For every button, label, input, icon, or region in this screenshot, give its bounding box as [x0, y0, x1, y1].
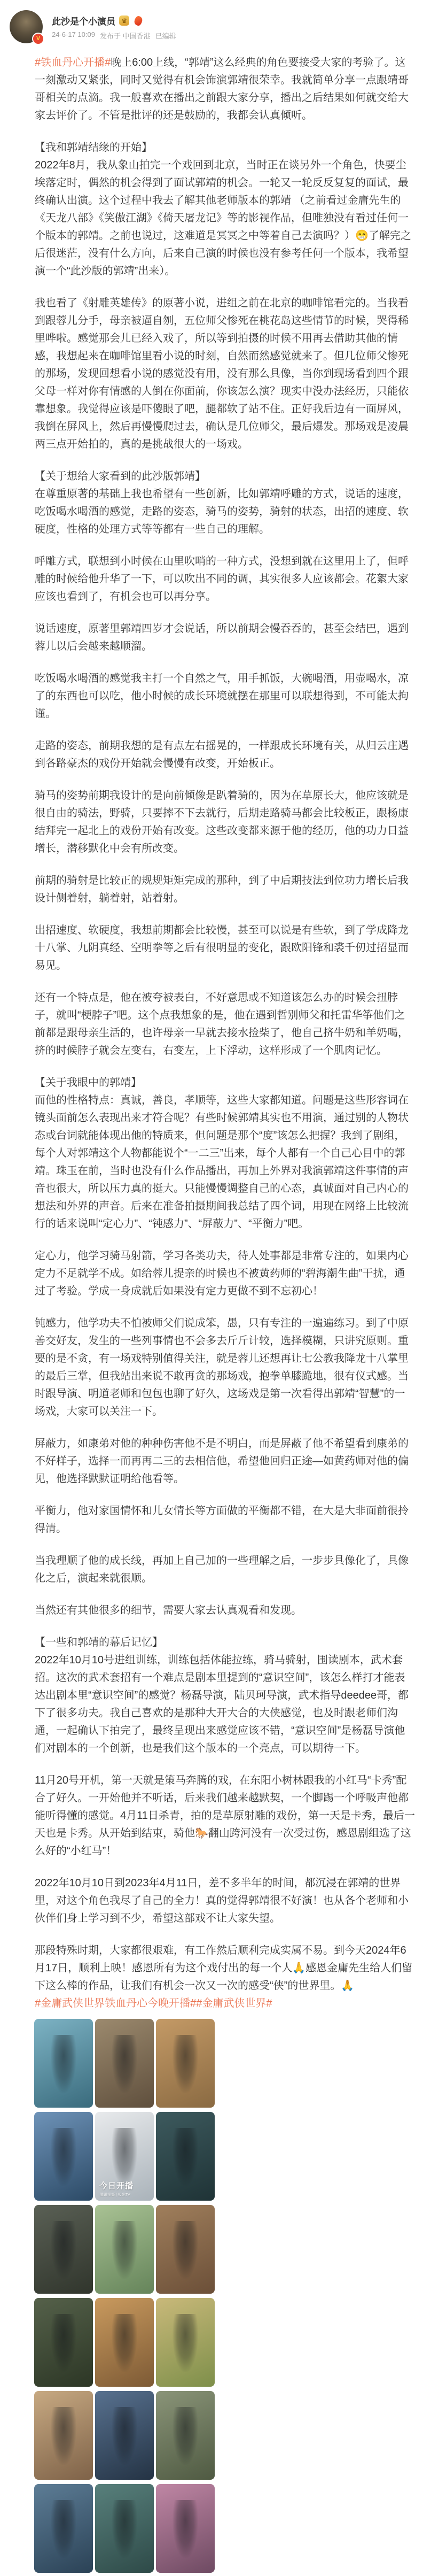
hashtag-link[interactable]: #金庸武侠世界# [196, 1997, 272, 2009]
text-run: 在尊重原著的基础上我也希望有一些创新，比如郭靖呼雕的方式，说话的速度，吃饭喝水喝… [35, 488, 409, 535]
text-run: 而他的性格特点：真诚，善良，孝顺等，这些大家都知道。问题是这些形容词在镜头面前怎… [35, 1094, 409, 1230]
text-run: 屏蔽力，如康弟对他的种种伤害他不是不明白，而是屏蔽了他不希望看到康弟的不好样子，… [35, 1438, 409, 1485]
post-paragraph: 还有一个特点是，他在被夸被表白，不好意思或不知道该怎么办的时候会扭脖子，就叫“梗… [35, 989, 416, 1060]
text-run: 【我和郭靖结缘的开始】 [35, 142, 152, 153]
photo-riding-grass-field[interactable] [156, 2298, 215, 2387]
text-run: 钝感力，他学功夫不怕被师父们说成笨，愚，只有专注的一遍遍练习。到了中原善交好友，… [35, 1317, 409, 1417]
text-run: 吃饭喝水喝酒的感觉我主打一个自然之气，用手抓饭，大碗喝酒，用壶喝水，凉了的东西也… [35, 673, 409, 720]
photo-sitting-by-lattice-wall[interactable] [34, 2205, 93, 2294]
post-paragraph: 2022年10月10日到2023年4月11日，差不多半年的时间，都沉浸在郭靖的世… [35, 1875, 416, 1927]
photo-night-pose-with-staff[interactable] [34, 2484, 93, 2573]
photo-archery-ice-cave[interactable] [34, 2019, 93, 2108]
text-run: 前期的骑射是比较正的规规矩矩完成的那种，到了中后期技法到位功力增长后我设计侧着射… [35, 875, 409, 904]
vip-crown-icon: ♛ [119, 16, 129, 26]
post-paragraph: 出招速度、软硬度，我想前期都会比较慢，甚至可以说是有些软，到了学成降龙十八掌、九… [35, 922, 416, 975]
photo-fight-stance-by-fire[interactable] [95, 2484, 154, 2573]
username[interactable]: 此沙是个小演员 [52, 14, 115, 27]
text-run: 11月20号开机，第一天就是策马奔腾的戏，在东阳小树林跟我的小红马“卡秀”配合了… [35, 1775, 415, 1857]
photo-grid: 今日开播腾讯视频 | 极光TV [34, 2019, 216, 2573]
post-text: #铁血丹心开播#晚上6:00上线，“郭靖”这么经典的角色要接受大家的考验了。这一… [0, 51, 423, 2012]
post-paragraph: 当然还有其他很多的细节，需要大家去认真观看和发现。 [35, 1602, 416, 1619]
text-run: 当然还有其他很多的细节，需要大家去认真观看和发现。 [35, 1605, 302, 1616]
post-paragraph: #铁血丹心开播#晚上6:00上线，“郭靖”这么经典的角色要接受大家的考验了。这一… [35, 54, 416, 125]
photo-kneeling-dark-forest[interactable] [156, 2112, 215, 2201]
text-run: 说话速度，原著里郭靖四岁才会说话，所以前期会慢吞吞的，甚至会结巴，遇到蓉儿以后会… [35, 623, 409, 652]
photo-horseback-swing-dark-green[interactable] [34, 2298, 93, 2387]
post-meta: 24-6-17 10:09 发布于 中国香港 已编辑 [52, 30, 176, 41]
weibo-post: V 此沙是个小演员 ♛ 24-6-17 10:09 发布于 中国香港 已编辑 #… [0, 0, 423, 2573]
photo-leading-horse-lakeside[interactable] [95, 2205, 154, 2294]
post-header: V 此沙是个小演员 ♛ 24-6-17 10:09 发布于 中国香港 已编辑 [0, 0, 423, 51]
text-run: 走路的姿态，前期我想的是有点左右摇晃的，一样跟成长环境有关，从归云庄遇到各路豪杰… [35, 740, 409, 769]
post-paragraph: 11月20号开机，第一天就是策马奔腾的戏，在东阳小树林跟我的小红马“卡秀”配合了… [35, 1772, 416, 1860]
post-paragraph: 那段特殊时期，大家都很艰难，有工作然后顺利完成实属不易。到今天2024年6月17… [35, 1942, 416, 2012]
post-time: 24-6-17 10:09 [52, 30, 95, 41]
text-run: 当我理顺了他的成长线，再加上自己加的一些理解之后，一步步具像化了，具像化之后，演… [35, 1555, 409, 1584]
text-run: 我也看了《射雕英雄传》的原著小说，进组之前在北京的咖啡馆看完的。当我看到跟蓉儿分… [35, 297, 409, 450]
text-run: 骑马的姿势前期我设计的是向前倾像是趴着骑的，因为在草原长大，他应该就是很自由的骑… [35, 790, 409, 854]
post-paragraph: 平衡力，他对家国情怀和儿女情长等方面做的平衡都不错，在大是大非面前很拎得清。 [35, 1502, 416, 1538]
avatar[interactable]: V [10, 10, 43, 43]
photo-premiere-poster[interactable]: 今日开播腾讯视频 | 极光TV [95, 2112, 154, 2201]
post-paragraph: 【关于我眼中的郭靖】而他的性格特点：真诚，善良，孝顺等，这些大家都知道。问题是这… [35, 1074, 416, 1233]
vip-pendant-shape [134, 15, 143, 26]
post-location: 发布于 中国香港 [100, 30, 151, 41]
text-run: 还有一个特点是，他在被夸被表白，不好意思或不知道该怎么办的时候会扭脖子，就叫“梗… [35, 992, 409, 1056]
text-run: 2022年10月10号进组训练，训练包括体能拉练，骑马骑射，围读剧本，武术套招。… [35, 1654, 409, 1754]
post-paragraph: 骑马的姿势前期我设计的是向前倾像是趴着骑的，因为在草原长大，他应该就是很自由的骑… [35, 787, 416, 858]
text-run: 【关于想给大家看到的此沙版郭靖】 [35, 471, 206, 482]
post-paragraph: 当我理顺了他的成长线，再加上自己加的一些理解之后，一步步具像化了，具像化之后，演… [35, 1552, 416, 1587]
post-paragraph: 走路的姿态，前期我想的是有点左右摇晃的，一样跟成长环境有关，从归云庄遇到各路豪杰… [35, 737, 416, 773]
text-run: 2022年10月10日到2023年4月11日，差不多半年的时间，都沉浸在郭靖的世… [35, 1877, 409, 1924]
poster-platforms: 腾讯视频 | 极光TV [100, 2192, 130, 2197]
text-run: 2022年8月，我从象山拍完一个戏回到北京，当时正在谈另外一个角色，快要尘埃落定… [35, 159, 411, 277]
photo-standing-in-reeds[interactable] [156, 2391, 215, 2480]
post-paragraph: 前期的骑射是比较正的规规矩矩完成的那种，到了中后期技法到位功力增长后我设计侧着射… [35, 872, 416, 907]
text-run: 【关于我眼中的郭靖】 [35, 1077, 142, 1089]
post-paragraph: 吃饭喝水喝酒的感觉我主打一个自然之气，用手抓饭，大碗喝酒，用壶喝水，凉了的东西也… [35, 670, 416, 723]
photo-drinking-under-blossoms[interactable] [156, 2484, 215, 2573]
post-paragraph: 【一些和郭靖的幕后记忆】2022年10月10号进组训练，训练包括体能拉练，骑马骑… [35, 1634, 416, 1757]
post-paragraph: 定心力，他学习骑马射箭，学习各类功夫，待人处事都是非常专注的，如果内心定力不足就… [35, 1247, 416, 1300]
post-paragraph: 呼雕方式，联想到小时候在山里吹哨的一种方式，没想到就在这里用上了，但呼雕的时候给… [35, 553, 416, 606]
text-run: 【一些和郭靖的幕后记忆】 [35, 1637, 163, 1648]
text-run: 平衡力，他对家国情怀和儿女情长等方面做的平衡都不错，在大是大非面前很拎得清。 [35, 1505, 409, 1534]
post-paragraph: 钝感力，他学功夫不怕被师父们说成笨，愚，只有专注的一遍遍练习。到了中原善交好友，… [35, 1315, 416, 1421]
hashtag-link[interactable]: #铁血丹心开播# [35, 57, 111, 68]
photo-reading-in-light-beam[interactable] [95, 2391, 154, 2480]
photo-horseback-archery-sunset[interactable] [95, 2298, 154, 2387]
text-run: 那段特殊时期，大家都很艰难，有工作然后顺利完成实属不易。到今天2024年6月17… [35, 1945, 412, 1992]
post-paragraph: 说话速度，原著里郭靖四岁才会说话，所以前期会慢吞吞的，甚至会结巴，遇到蓉儿以后会… [35, 620, 416, 655]
hashtag-link[interactable]: #金庸武侠世界铁血丹心今晚开播# [35, 1997, 196, 2009]
vip-pendant-icon [133, 16, 143, 26]
post-paragraph: 我也看了《射雕英雄传》的原著小说，进组之前在北京的咖啡馆看完的。当我看到跟蓉儿分… [35, 295, 416, 453]
photo-palm-strike-blue-mist[interactable] [34, 2112, 93, 2201]
text-run: 出招速度、软硬度，我想前期都会比较慢，甚至可以说是有些软，到了学成降龙十八掌、九… [35, 924, 409, 971]
post-paragraph: 【我和郭靖结缘的开始】2022年8月，我从象山拍完一个戏回到北京，当时正在谈另外… [35, 139, 416, 280]
post-paragraph: 【关于想给大家看到的此沙版郭靖】在尊重原著的基础上我也希望有一些创新，比如郭靖呼… [35, 468, 416, 538]
photo-martial-pose-cream-robe[interactable] [34, 2391, 93, 2480]
verified-v-icon: V [32, 33, 44, 45]
text-run: 呼雕方式，联想到小时候在山里吹哨的一种方式，没想到就在这里用上了，但呼雕的时候给… [35, 556, 409, 603]
text-run: 定心力，他学习骑马射箭，学习各类功夫，待人处事都是非常专注的，如果内心定力不足就… [35, 1250, 409, 1297]
photo-martial-gesture-golden-bokeh[interactable] [156, 2019, 215, 2108]
poster-title: 今日开播 [99, 2180, 134, 2191]
post-paragraph: 屏蔽力，如康弟对他的种种伤害他不是不明白，而是屏蔽了他不希望看到康弟的不好样子，… [35, 1435, 416, 1488]
photo-standing-indoors-candles[interactable] [95, 2019, 154, 2108]
photo-armor-on-bridge[interactable] [156, 2205, 215, 2294]
edited-label: 已编辑 [155, 30, 176, 41]
